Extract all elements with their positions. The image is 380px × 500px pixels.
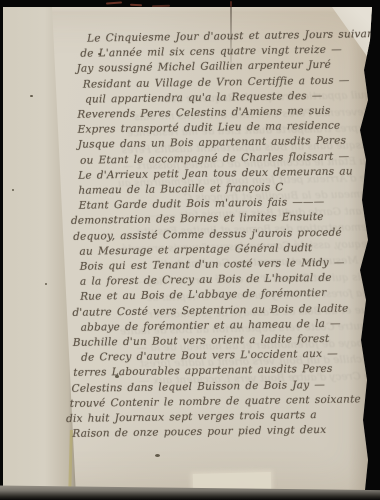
- manuscript-text: Le Cinquiesme Jour d'aoust et autres Jou…: [60, 27, 372, 442]
- ink-speck: [30, 95, 33, 97]
- ink-speck: [98, 53, 101, 55]
- scanned-document-canvas: quil appartiendra qu'a la Requeste des —…: [0, 0, 380, 500]
- ink-speck: [45, 283, 47, 285]
- manuscript-page: quil appartiendra qu'a la Requeste des —…: [3, 7, 374, 497]
- top-edge-cropped-writing: [106, 1, 122, 4]
- top-edge-cropped-writing: [152, 5, 170, 8]
- ink-speck: [155, 454, 160, 457]
- ink-speck: [115, 375, 119, 378]
- ink-speck: [12, 189, 14, 191]
- top-edge-tick-mark: [230, 1, 232, 7]
- top-edge-cropped-writing: [130, 4, 142, 7]
